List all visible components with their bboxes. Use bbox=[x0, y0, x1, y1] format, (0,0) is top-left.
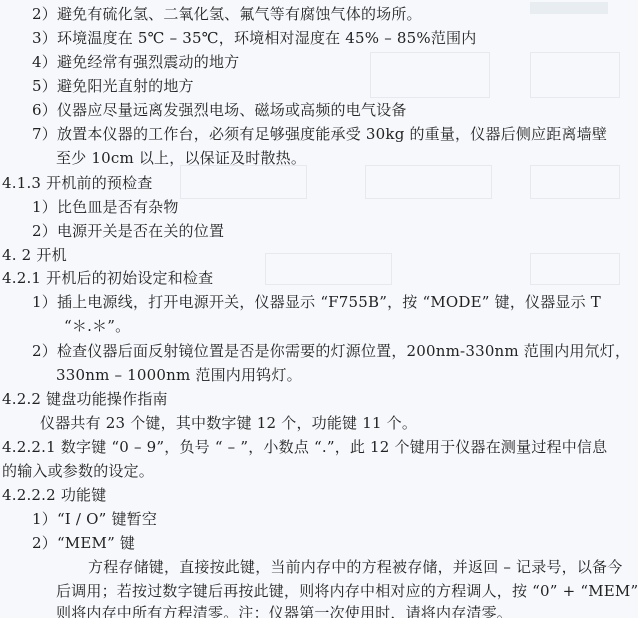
section-heading-4-2: 4. 2 开机 bbox=[2, 245, 67, 265]
show-through-box bbox=[265, 253, 392, 285]
precheck-item-1: 1）比色皿是否有杂物 bbox=[32, 197, 179, 217]
env-item-3: 3）环境温度在 5℃ – 35℃，环境相对湿度在 45% – 85%范围内 bbox=[32, 28, 476, 48]
section-heading-4-2-2: 4.2.2 键盘功能操作指南 bbox=[2, 389, 168, 409]
section-heading-4-1-3: 4.1.3 开机前的预检查 bbox=[2, 173, 153, 193]
env-item-2: 2）避免有硫化氢、二氧化氢、氟气等有腐蚀气体的场所。 bbox=[32, 4, 422, 24]
show-through-box bbox=[370, 52, 490, 98]
show-through-label bbox=[530, 2, 608, 14]
show-through-box bbox=[530, 52, 620, 98]
mem-description-cont-2: 则将内存中所有方程清零。注：仪器第一次使用时，请将内存清零。 bbox=[56, 603, 512, 618]
env-item-5: 5）避免阳光直射的地方 bbox=[32, 76, 194, 96]
section-heading-4-2-2-2: 4.2.2.2 功能键 bbox=[2, 485, 106, 505]
mem-description-cont-1: 后调用；若按过数字键后再按此键，则将内存中相对应的方程调人，按 “0” + “M… bbox=[56, 581, 638, 601]
init-item-2: 2）检查仪器后面反射镜位置是否是你需要的灯源位置，200nm-330nm 范围内… bbox=[32, 341, 630, 361]
init-item-1: 1）插上电源线，打开电源开关，仪器显示 “F755B”，按 “MODE” 键，仪… bbox=[32, 292, 601, 312]
init-item-1-cont: “＊.＊”。 bbox=[64, 316, 130, 336]
env-item-7-cont: 至少 10cm 以上，以保证及时散热。 bbox=[56, 148, 306, 168]
precheck-item-2: 2）电源开关是否在关的位置 bbox=[32, 221, 224, 241]
document-page: 2）避免有硫化氢、二氧化氢、氟气等有腐蚀气体的场所。 3）环境温度在 5℃ – … bbox=[0, 0, 638, 618]
section-heading-4-2-1: 4.2.1 开机后的初始设定和检查 bbox=[2, 268, 213, 288]
mem-description: 方程存储键，直接按此键，当前内存中的方程被存储，并返回 – 记录号，以备今 bbox=[88, 557, 622, 577]
env-item-4: 4）避免经常有强烈震动的地方 bbox=[32, 52, 239, 72]
show-through-box bbox=[180, 165, 307, 199]
section-4-2-2-1-cont: 的输入或参数的设定。 bbox=[2, 461, 154, 481]
env-item-6: 6）仪器应尽量远离发强烈电场、磁场或高频的电气设备 bbox=[32, 100, 407, 120]
show-through-box bbox=[530, 165, 620, 199]
init-item-2-cont: 330nm – 1000nm 范围内用钨灯。 bbox=[56, 365, 302, 385]
function-key-item-1: 1）“I / O” 键暂空 bbox=[32, 509, 157, 529]
show-through-box bbox=[365, 165, 492, 199]
show-through-box bbox=[530, 253, 620, 285]
env-item-7: 7）放置本仪器的工作台，必须有足够强度能承受 30kg 的重量，仪器后侧应距离墙… bbox=[32, 124, 607, 144]
function-key-item-2: 2）“MEM” 键 bbox=[32, 533, 135, 553]
section-4-2-2-1: 4.2.2.1 数字键 “0 – 9”，负号 “ – ”，小数点 “.”，此 1… bbox=[2, 437, 607, 457]
keys-total-text: 仪器共有 23 个键，其中数字键 12 个，功能键 11 个。 bbox=[40, 413, 417, 433]
